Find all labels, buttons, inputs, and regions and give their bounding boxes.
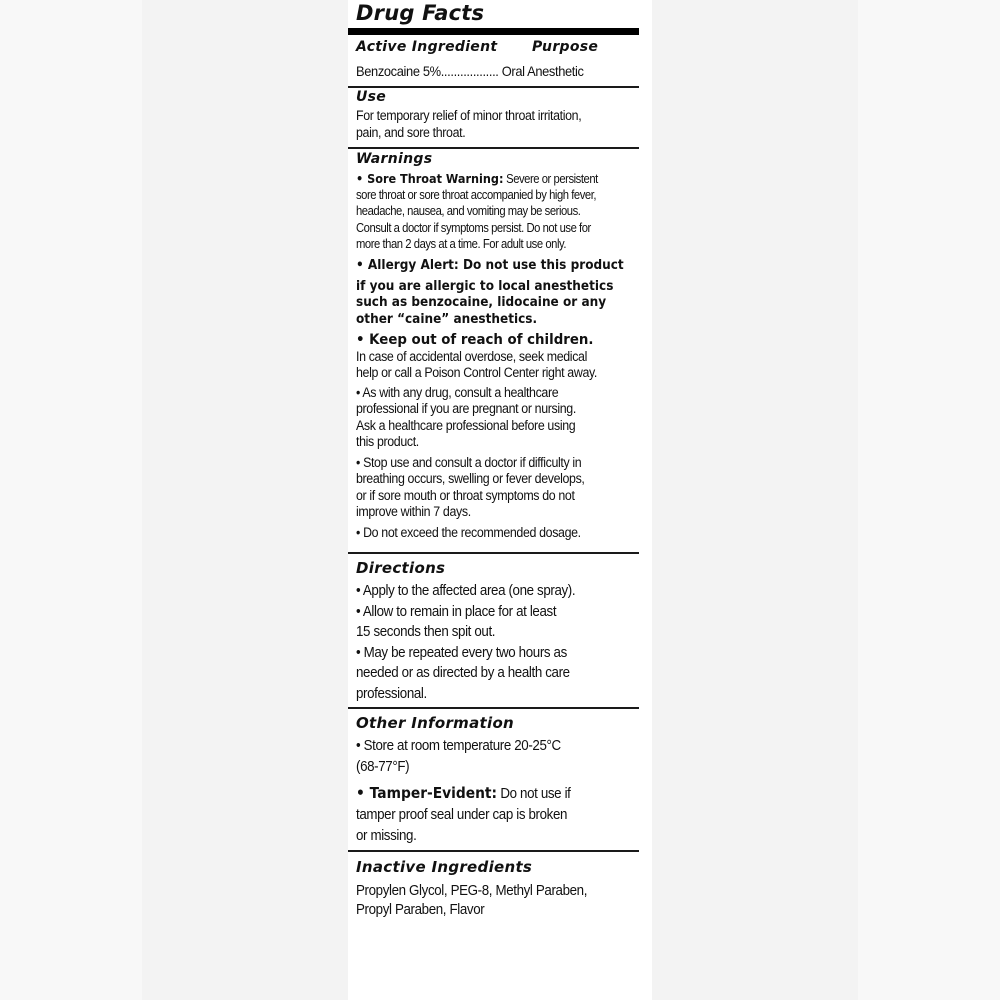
- ingredient-purpose: Oral Anesthetic: [502, 63, 584, 79]
- text-line: pain, and sore throat.: [356, 124, 618, 141]
- text-line: • Stop use and consult a doctor if diffi…: [356, 455, 618, 471]
- text-span: Severe or persistent: [503, 172, 597, 186]
- text-line: such as benzocaine, lidocaine or any: [356, 295, 621, 312]
- directions-heading: Directions: [356, 559, 445, 577]
- text-line: • As with any drug, consult a healthcare: [356, 385, 618, 401]
- section-divider: [348, 850, 639, 852]
- section-divider: [348, 707, 639, 709]
- warnings-heading: Warnings: [356, 150, 432, 168]
- section-divider: [348, 86, 639, 88]
- text-line: 15 seconds then spit out.: [356, 622, 618, 643]
- section-divider: [348, 147, 639, 149]
- purpose-heading: Purpose: [532, 38, 598, 56]
- use-text: For temporary relief of minor throat irr…: [356, 107, 618, 141]
- text-line: professional.: [356, 684, 618, 705]
- text-line: or missing.: [356, 826, 618, 847]
- text-line: Ask a healthcare professional before usi…: [356, 418, 618, 434]
- text-line: if you are allergic to local anesthetics: [356, 279, 621, 296]
- background-band-right: [652, 0, 858, 1000]
- text-line: • Allow to remain in place for at least: [356, 602, 618, 623]
- text-line: • Tamper-Evident: Do not use if: [356, 783, 618, 805]
- inactive-ingredients-heading: Inactive Ingredients: [356, 858, 532, 876]
- text-line: For temporary relief of minor throat irr…: [356, 107, 618, 124]
- text-line: more than 2 days at a time. For adult us…: [356, 236, 613, 252]
- text-line: other “caine” anesthetics.: [356, 312, 621, 329]
- text-line: Propyl Paraben, Flavor: [356, 901, 618, 920]
- text-line: this product.: [356, 434, 618, 450]
- directions-text: • Apply to the affected area (one spray)…: [356, 581, 618, 704]
- text-line: Propylen Glycol, PEG-8, Methyl Paraben,: [356, 882, 618, 901]
- text-line: In case of accidental overdose, seek med…: [356, 349, 618, 365]
- children-warning-label: • Keep out of reach of children.: [356, 331, 618, 349]
- page-title: Drug Facts: [356, 0, 484, 26]
- text-line: • May be repeated every two hours as: [356, 643, 618, 664]
- text-line: Consult a doctor if symptoms persist. Do…: [356, 220, 613, 236]
- title-divider: [348, 28, 639, 35]
- text-line: (68-77°F): [356, 757, 618, 778]
- dosage-warning: • Do not exceed the recommended dosage.: [356, 524, 618, 541]
- drug-facts-label: Drug Facts Active Ingredient Purpose Ben…: [348, 0, 652, 1000]
- ingredient-name: Benzocaine 5%: [356, 63, 441, 79]
- keep-out-of-reach: • Keep out of reach of children. In case…: [356, 331, 618, 381]
- active-ingredient-row: Benzocaine 5%.................. Oral Ane…: [356, 63, 618, 80]
- sore-throat-warning: • Sore Throat Warning: Severe or persist…: [356, 171, 613, 252]
- allergy-alert: • Allergy Alert: Do not use this product…: [356, 258, 621, 328]
- text-line: sore throat or sore throat accompanied b…: [356, 187, 613, 203]
- text-line: tamper proof seal under cap is broken: [356, 805, 618, 826]
- storage-text: • Store at room temperature 20-25°C (68-…: [356, 736, 618, 778]
- text-line: improve within 7 days.: [356, 504, 618, 520]
- tamper-evident-text: • Tamper-Evident: Do not use if tamper p…: [356, 783, 618, 847]
- text-line: breathing occurs, swelling or fever deve…: [356, 471, 618, 487]
- section-divider: [348, 552, 639, 554]
- text-line: professional if you are pregnant or nurs…: [356, 401, 618, 417]
- text-line: headache, nausea, and vomiting may be se…: [356, 203, 613, 219]
- stop-use-warning: • Stop use and consult a doctor if diffi…: [356, 455, 618, 520]
- sore-throat-label: • Sore Throat Warning:: [356, 171, 503, 186]
- text-line: • Apply to the affected area (one spray)…: [356, 581, 618, 602]
- text-line: help or call a Poison Control Center rig…: [356, 365, 618, 381]
- dot-leader: ..................: [441, 63, 499, 79]
- inactive-ingredients-text: Propylen Glycol, PEG-8, Methyl Paraben, …: [356, 882, 618, 920]
- other-information-heading: Other Information: [356, 714, 514, 732]
- background-band-left: [142, 0, 348, 1000]
- pregnancy-warning: • As with any drug, consult a healthcare…: [356, 385, 618, 450]
- tamper-evident-label: • Tamper-Evident:: [356, 784, 497, 802]
- text-line: needed or as directed by a health care: [356, 663, 618, 684]
- text-line: • Store at room temperature 20-25°C: [356, 736, 618, 757]
- text-span: Do not use if: [497, 786, 570, 802]
- text-line: or if sore mouth or throat symptoms do n…: [356, 488, 618, 504]
- use-heading: Use: [356, 88, 386, 106]
- text-line: • Allergy Alert: Do not use this product: [356, 258, 621, 275]
- text-line: • Sore Throat Warning: Severe or persist…: [356, 171, 613, 187]
- active-ingredient-heading: Active Ingredient: [356, 38, 497, 56]
